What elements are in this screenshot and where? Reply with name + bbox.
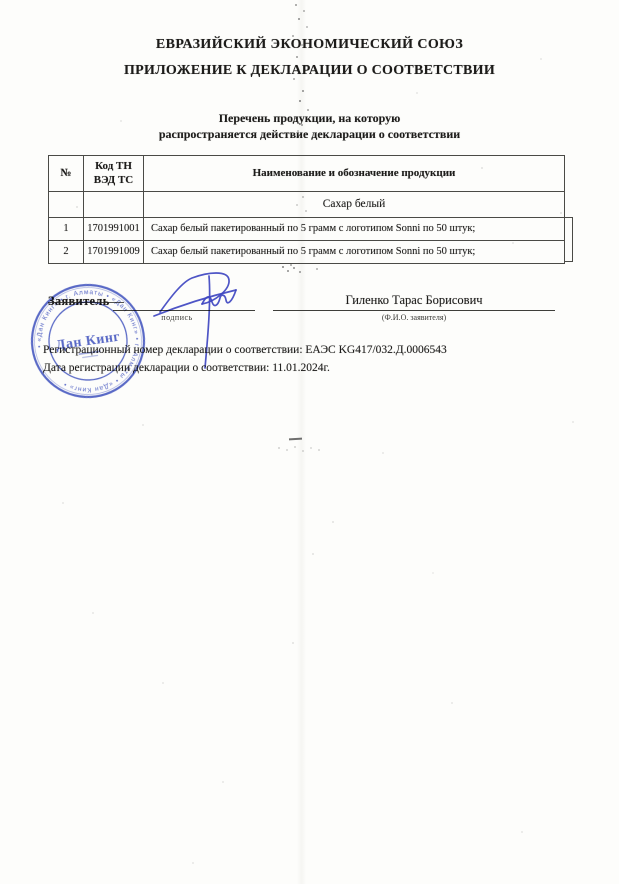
- applicant-name: Гиленко Тарас Борисович: [273, 293, 555, 308]
- signature-stroke-loop: [160, 273, 229, 312]
- stamp-subtext-mark-1: [79, 350, 101, 355]
- col-header-number: №: [49, 156, 84, 192]
- table-caption-line1: Перечень продукции, на которую: [0, 110, 619, 126]
- table-caption-line2: распространяется действие декларации о с…: [0, 126, 619, 142]
- col-header-name: Наименование и обозначение продукции: [144, 156, 564, 192]
- applicant-name-line: [273, 310, 555, 311]
- table-row-1-code: 1701991001: [84, 218, 144, 241]
- group-row-empty-num: [49, 192, 84, 218]
- table-row-1-number: 1: [49, 218, 84, 241]
- handwritten-signature: [130, 240, 250, 380]
- products-table: № Код ТН ВЭД ТС Наименование и обозначен…: [48, 155, 565, 264]
- stamp-center-text: Дан Кинг: [55, 330, 121, 354]
- table-caption: Перечень продукции, на которую распростр…: [0, 110, 619, 142]
- table-row-2-number: 2: [49, 241, 84, 263]
- document-page: ЕВРАЗИЙСКИЙ ЭКОНОМИЧЕСКИЙ СОЮЗ ПРИЛОЖЕНИ…: [0, 0, 619, 884]
- document-title: ПРИЛОЖЕНИЕ К ДЕКЛАРАЦИИ О СООТВЕТСТВИИ: [0, 63, 619, 79]
- group-row-empty-code: [84, 192, 144, 218]
- signature-stroke-descender: [205, 276, 210, 368]
- org-title: ЕВРАЗИЙСКИЙ ЭКОНОМИЧЕСКИЙ СОЮЗ: [0, 37, 619, 53]
- scan-noise: [0, 0, 2, 2]
- group-row-product: Сахар белый: [144, 192, 564, 218]
- col-header-code: Код ТН ВЭД ТС: [84, 156, 144, 192]
- table-right-edge-artifact: [565, 217, 573, 262]
- table-row-1-name: Сахар белый пакетированный по 5 грамм с …: [144, 218, 564, 241]
- stamp-subtext-mark-2: [82, 355, 98, 358]
- applicant-name-caption: (Ф.И.О. заявителя): [273, 313, 555, 322]
